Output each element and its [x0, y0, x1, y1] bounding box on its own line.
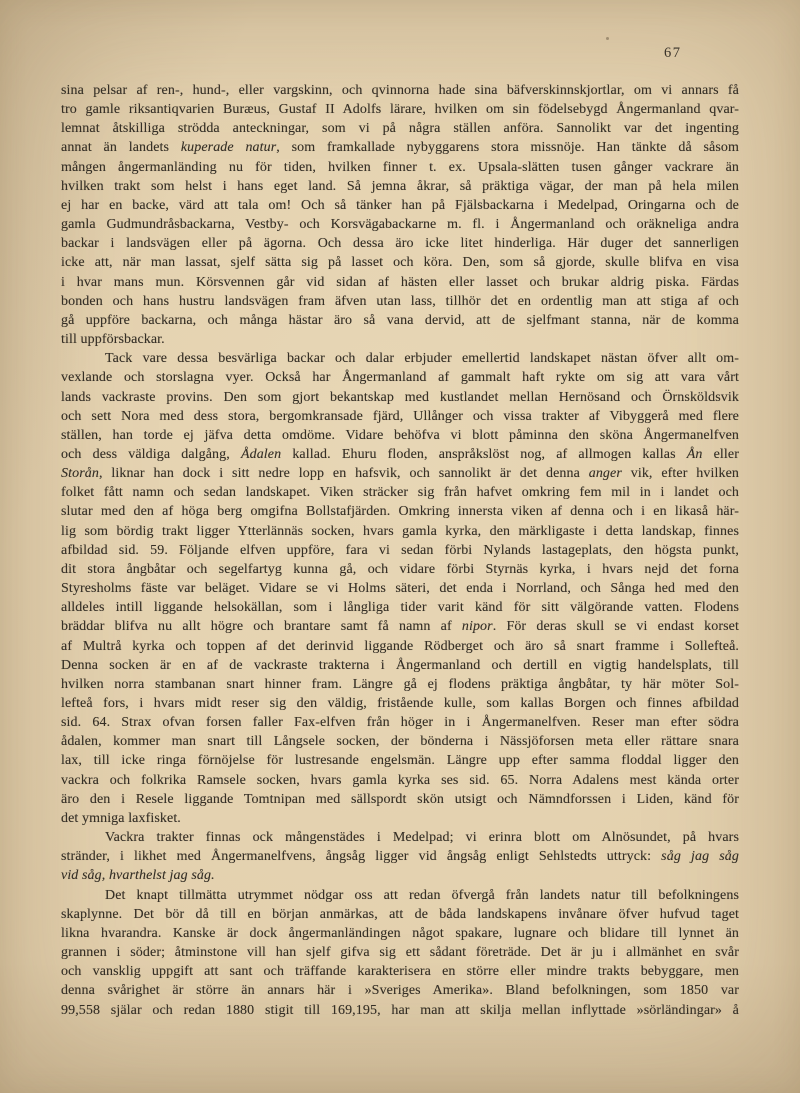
text-line: lax, till icke ringa förnöjelse för lust… — [61, 751, 739, 770]
text-line: vid såg, hvarthelst jag såg. — [61, 866, 739, 885]
text-line: lands vackraste provins. Den som gjort b… — [61, 388, 739, 407]
text-line: slutar med den af höga berg omgifna Boll… — [61, 502, 739, 521]
text-line: denna svårighet är större än annars här … — [61, 981, 739, 1000]
text-line: i hvar mans mun. Körsvennen går vid sida… — [61, 273, 739, 292]
text-line: ej har en backe, värd att tala om! Och s… — [61, 196, 739, 215]
text-line: icke att, när man lassat, sjelf sätta si… — [61, 253, 739, 272]
text-line: Denna socken är en af de vackraste trakt… — [61, 656, 739, 675]
text-line: Tack vare dessa besvärliga backar och da… — [61, 349, 739, 368]
text-line: likna hvarandra. Kanske är dock ångerman… — [61, 924, 739, 943]
text-line: backar i landsvägen eller på ägorna. Och… — [61, 234, 739, 253]
text-line: och dess väldiga dalgång, Ådalen kallad.… — [61, 445, 739, 464]
text-line: annat än landets kuperade natur, som fra… — [61, 138, 739, 157]
text-line: lig som bördig trakt ligger Ytterlännäs … — [61, 522, 739, 541]
text-line: stränder, i likhet med Ångermanelfvens, … — [61, 847, 739, 866]
text-line: hvilken trakt som helst i hans eget land… — [61, 177, 739, 196]
page-number: 67 — [664, 45, 682, 62]
text-line: ställen, han torde ej jäfva detta omdöme… — [61, 426, 739, 445]
text-line: Det knapt tillmätta utrymmet nödgar oss … — [61, 886, 739, 905]
text-line: bräddar blifva nu allt högre och brantar… — [61, 617, 739, 636]
text-line: 99,558 själar och redan 1880 stigit till… — [61, 1001, 739, 1020]
text-line: vackra och folkrika Ramsele socken, hvar… — [61, 771, 739, 790]
text-line: alldeles intill liggande helsokällan, so… — [61, 598, 739, 617]
text-line: lefteå fors, i hvars midt reser sig den … — [61, 694, 739, 713]
text-line: gamla Gudmundråsbackarna, Vestby- och Ko… — [61, 215, 739, 234]
text-line: hvilken norra stambanan snart hinner fra… — [61, 675, 739, 694]
text-line: sid. 64. Strax ofvan forsen faller Fax-e… — [61, 713, 739, 732]
text-line: afbildad sid. 59. Följande elfven uppför… — [61, 541, 739, 560]
text-line: dit stora ångbåtar och segelfartyg kunna… — [61, 560, 739, 579]
text-block: sina pelsar af ren-, hund-, eller vargsk… — [61, 81, 739, 1020]
text-line: bonden och hans hustru landsvägen fram ä… — [61, 292, 739, 311]
text-line: ådalen, kommer man snart till Långsele s… — [61, 732, 739, 751]
text-line: mången ångermanländing nu för tiden, hvi… — [61, 158, 739, 177]
text-line: och vansklig uppgift att sant och träffa… — [61, 962, 739, 981]
text-line: gå uppföre backarna, och många hästar är… — [61, 311, 739, 330]
text-line: vexlande och storslagna vyer. Också har … — [61, 368, 739, 387]
text-line: grannen i söder; åtminstone vill han sje… — [61, 943, 739, 962]
text-line: af Multrå kyrka och toppen af det derinv… — [61, 637, 739, 656]
text-line: lemnat åtskilliga strödda anteckningar, … — [61, 119, 739, 138]
text-line: äro den i Resele liggande Tomtnipan med … — [61, 790, 739, 809]
text-line: Storån, liknar han dock i sitt nedre lop… — [61, 464, 739, 483]
text-line: Vackra trakter finnas ock mångenstädes i… — [61, 828, 739, 847]
text-line: det ymniga laxfisket. — [61, 809, 739, 828]
text-line: sina pelsar af ren-, hund-, eller vargsk… — [61, 81, 739, 100]
text-line: till uppförsbackar. — [61, 330, 739, 349]
ink-dot-artifact — [606, 37, 609, 40]
text-line: Styresholms fäste var beläget. Vidare se… — [61, 579, 739, 598]
text-line: och sett Nora med dess stora, bergomkran… — [61, 407, 739, 426]
text-line: tro gamle riksantiqvarien Buræus, Gustaf… — [61, 100, 739, 119]
text-line: folket fått namn och sedan landskapet. V… — [61, 483, 739, 502]
text-line: skaplynne. Det bör då till en början anm… — [61, 905, 739, 924]
